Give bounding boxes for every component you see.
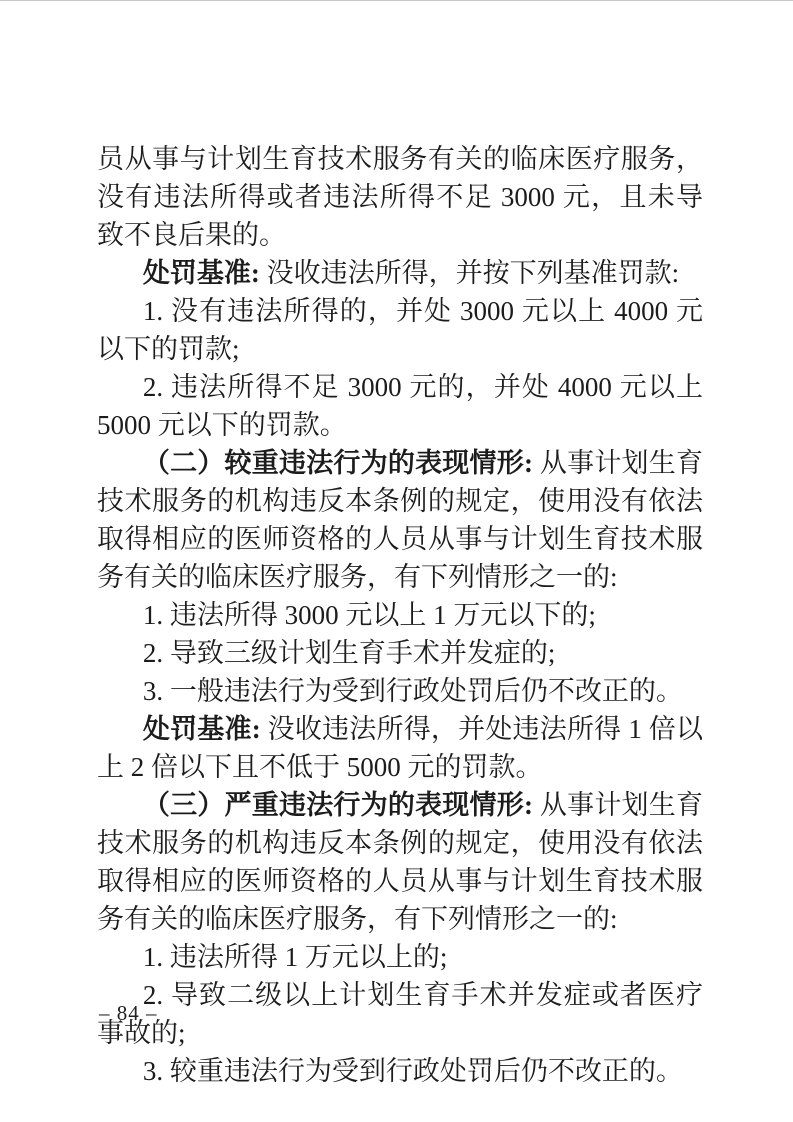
paragraph-text: 1. 违法所得 1 万元以上的; <box>143 942 448 972</box>
paragraph-text: 2. 违法所得不足 3000 元的，并处 4000 元以上 5000 元以下的罚… <box>97 372 703 440</box>
paragraph-penalty-basis: 处罚基准: 没收违法所得，并处违法所得 1 倍以上 2 倍以下且不低于 5000… <box>97 710 703 786</box>
list-item: 2. 导致三级计划生育手术并发症的; <box>97 634 703 672</box>
list-item: 3. 一般违法行为受到行政处罚后仍不改正的。 <box>97 672 703 710</box>
list-item: 1. 违法所得 1 万元以上的; <box>97 938 703 976</box>
bold-lead-text: 处罚基准: <box>143 714 261 744</box>
list-item: 1. 违法所得 3000 元以上 1 万元以下的; <box>97 596 703 634</box>
paragraph-section-three: （三）严重违法行为的表现情形: 从事计划生育技术服务的机构违反本条例的规定，使用… <box>97 786 703 938</box>
document-body: 员从事与计划生育技术服务有关的临床医疗服务，没有违法所得或者违法所得不足 300… <box>97 140 703 1090</box>
paragraph-text: 3. 较重违法行为受到行政处罚后仍不改正的。 <box>143 1056 683 1086</box>
paragraph-text: 1. 没有违法所得的，并处 3000 元以上 4000 元以下的罚款; <box>97 296 703 364</box>
paragraph-section-two: （二）较重违法行为的表现情形: 从事计划生育技术服务的机构违反本条例的规定，使用… <box>97 444 703 596</box>
bold-lead-text: 处罚基准: <box>143 258 260 288</box>
paragraph-text: 2. 导致三级计划生育手术并发症的; <box>143 638 556 668</box>
paragraph-text: 员从事与计划生育技术服务有关的临床医疗服务，没有违法所得或者违法所得不足 300… <box>97 144 703 250</box>
list-item: 2. 违法所得不足 3000 元的，并处 4000 元以上 5000 元以下的罚… <box>97 368 703 444</box>
document-page: 员从事与计划生育技术服务有关的临床医疗服务，没有违法所得或者违法所得不足 300… <box>0 0 793 1122</box>
bold-lead-text: （二）较重违法行为的表现情形: <box>143 448 533 478</box>
page-number: – 84 – <box>99 1000 158 1026</box>
paragraph-text: 没收违法所得，并按下列基准罚款: <box>260 258 679 288</box>
list-item: 1. 没有违法所得的，并处 3000 元以上 4000 元以下的罚款; <box>97 292 703 368</box>
list-item: 3. 较重违法行为受到行政处罚后仍不改正的。 <box>97 1052 703 1090</box>
bold-lead-text: （三）严重违法行为的表现情形: <box>143 790 533 820</box>
paragraph-text: 3. 一般违法行为受到行政处罚后仍不改正的。 <box>143 676 683 706</box>
paragraph-text: 1. 违法所得 3000 元以上 1 万元以下的; <box>143 600 596 630</box>
paragraph-text: 2. 导致二级以上计划生育手术并发症或者医疗事故的; <box>97 980 703 1048</box>
paragraph-penalty-basis: 处罚基准: 没收违法所得，并按下列基准罚款: <box>97 254 703 292</box>
paragraph: 员从事与计划生育技术服务有关的临床医疗服务，没有违法所得或者违法所得不足 300… <box>97 140 703 254</box>
list-item: 2. 导致二级以上计划生育手术并发症或者医疗事故的; <box>97 976 703 1052</box>
